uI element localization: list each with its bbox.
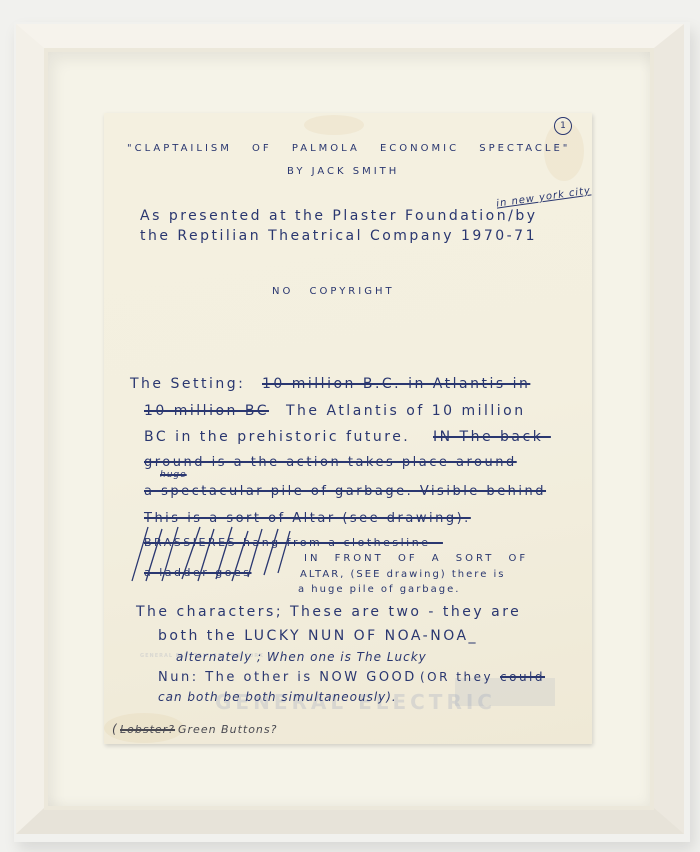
footer-note: Green Buttons? (178, 723, 277, 736)
setting-line: BC in the prehistoric future. (144, 429, 410, 445)
setting-replacement-1: IN FRONT OF A SORT OF (304, 553, 528, 564)
presented-line-2: the Reptilian Theatrical Company 1970-71 (140, 228, 537, 244)
setting-replacement-2: ALTAR, (SEE drawing) there is (300, 569, 506, 580)
setting-label: The Setting: (130, 376, 245, 392)
characters-line-5: can both be both simultaneously). (158, 690, 397, 704)
byline: BY JACK SMITH (287, 166, 399, 177)
characters-line-4b: (OR they (420, 670, 493, 684)
play-title: "CLAPTAILISM OF PALMOLA ECONOMIC SPECTAC… (127, 143, 570, 154)
struck-text: a spectacular pile of garbage. Visible b… (144, 484, 546, 499)
struck-text: 10 million BC (144, 403, 269, 419)
characters-line-1: The characters; These are two - they are (136, 604, 521, 620)
scribble-crossout (128, 525, 298, 583)
setting-line: The Atlantis of 10 million (286, 403, 526, 419)
struck-text: Lobster? (120, 723, 175, 736)
page-number-badge: 1 (554, 117, 572, 135)
insert-word: huge (160, 470, 187, 480)
footer-paren: ( (112, 722, 118, 736)
struck-text: 10 million B.C. in Atlantis in (262, 376, 530, 392)
copyright-note: NO COPYRIGHT (272, 286, 395, 297)
paper-stain (304, 115, 364, 135)
characters-line-3: alternately ; When one is The Lucky (176, 650, 427, 664)
struck-text: This is a sort of Altar (see drawing). (144, 511, 471, 526)
characters-line-4: Nun: The other is NOW GOOD (158, 670, 417, 685)
presented-line-1: As presented at the Plaster Foundation/b… (140, 208, 537, 224)
setting-replacement-3: a huge pile of garbage. (298, 584, 460, 595)
struck-text: IN The back- (433, 429, 551, 445)
struck-text: ground is a the action takes place aroun… (144, 455, 517, 470)
struck-text: could (500, 670, 545, 684)
characters-line-2: both the LUCKY NUN OF NOA-NOA_ (158, 628, 478, 644)
